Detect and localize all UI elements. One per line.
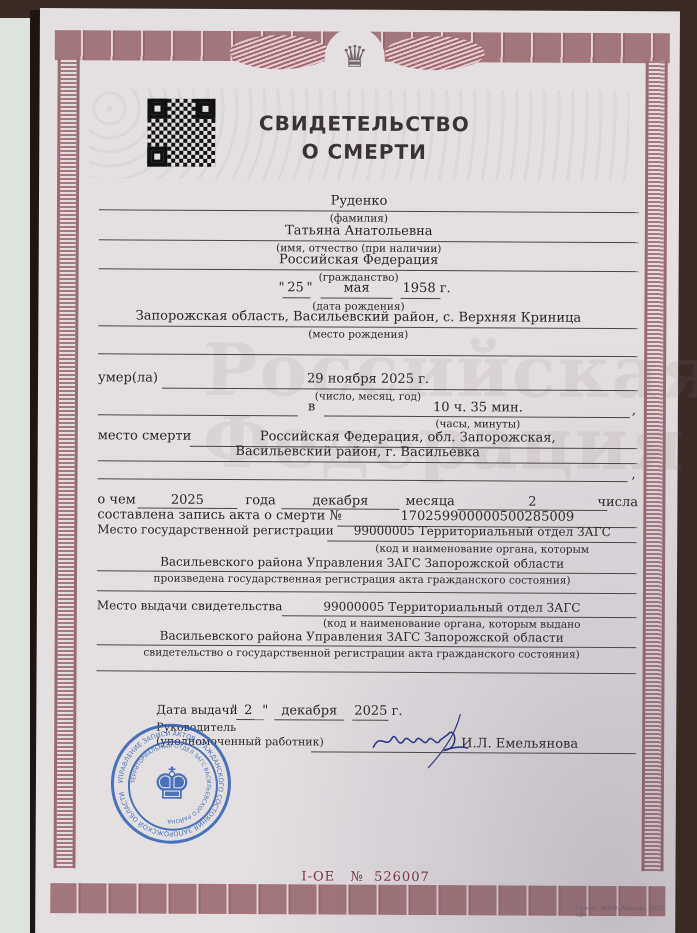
line xyxy=(282,297,310,298)
died-label: умер(ла) xyxy=(98,370,158,385)
coat-of-arms-icon: ♛ xyxy=(325,27,385,85)
head-name: И.Л. Емельянова xyxy=(461,736,578,752)
number: 526007 xyxy=(374,870,430,885)
record-day: 2 xyxy=(457,494,607,510)
document-title: СВИДЕТЕЛЬСТВО О СМЕРТИ xyxy=(244,109,484,166)
issue-caption-2: свидетельство о государственной регистра… xyxy=(97,646,627,661)
name-value: Татьяна Анатольевна xyxy=(99,222,619,240)
official-stamp: УПРАВЛЕНИЕ ЗАПИСИ АКТОВ ГРАЖДАНСКОГО СОС… xyxy=(111,723,232,844)
reg-place-line-2: Васильевского района Управления ЗАГС Зап… xyxy=(97,554,627,571)
surname-value: Руденко xyxy=(99,192,619,210)
ribbon-left xyxy=(230,35,330,70)
citizenship-value: Российская Федерация xyxy=(99,251,619,269)
day-label: числа xyxy=(597,495,638,510)
record-month: декабря xyxy=(281,493,399,509)
birth-month: мая xyxy=(320,280,392,295)
issue-day: 2 xyxy=(236,703,260,718)
death-place-label: место смерти xyxy=(98,428,192,443)
reg-caption-1: (код и наименование органа, которым xyxy=(327,543,637,557)
birth-place-value: Запорожская область, Васильевский район,… xyxy=(98,308,618,326)
ribbon-right xyxy=(385,36,485,71)
comma: , xyxy=(632,403,636,418)
double-headed-eagle-icon: ♚ xyxy=(147,755,197,815)
qr-code-icon[interactable] xyxy=(147,99,215,167)
issue-place-line-2: Васильевского района Управления ЗАГС Зап… xyxy=(97,628,627,645)
frame-left xyxy=(53,58,79,868)
death-place-line-2: Васильевский район, г. Васильевка xyxy=(98,443,618,461)
title-line-1: СВИДЕТЕЛЬСТВО xyxy=(244,109,484,138)
line xyxy=(274,719,344,720)
at-label: в xyxy=(308,399,315,414)
serial-number: I-OE № 526007 xyxy=(301,869,429,885)
comma: , xyxy=(632,467,636,482)
title-line-2: О СМЕРТИ xyxy=(244,137,484,166)
adjacent-sheet xyxy=(0,18,30,933)
line xyxy=(320,297,392,298)
reg-place-label: Место государственной регистрации xyxy=(97,522,334,537)
issue-place-label: Место выдачи свидетельства xyxy=(97,598,283,613)
year-label: года xyxy=(245,493,275,508)
about-label: о чем xyxy=(97,492,135,507)
month-label: месяца xyxy=(405,494,454,509)
reg-place-line-1: 99000005 Территориальный отдел ЗАГС xyxy=(327,524,637,540)
record-label: составлена запись акта о смерти № xyxy=(97,507,341,523)
quote-close: " xyxy=(306,280,312,295)
birth-place-caption: (место рождения) xyxy=(98,327,618,342)
series: I-OE xyxy=(301,869,335,884)
issue-place-line-1: 99000005 Территориальный отдел ЗАГС xyxy=(282,599,622,615)
line xyxy=(97,590,637,594)
quote-close: " xyxy=(262,703,268,718)
reg-caption-2: произведена государственная регистрация … xyxy=(97,572,627,587)
birth-day: 25 xyxy=(284,280,306,295)
issue-month: декабря xyxy=(274,703,344,718)
death-time-value: 10 ч. 35 мин. xyxy=(328,400,628,417)
birth-year: 1958 г. xyxy=(402,281,450,296)
frame-bottom xyxy=(50,883,665,916)
death-certificate: ♛ Российская Федерация СВИДЕТЕЛЬСТВО О С… xyxy=(35,8,680,933)
record-number: 170259900000500285009 xyxy=(337,509,637,526)
number-sign: № xyxy=(351,870,364,885)
line xyxy=(236,719,264,720)
line xyxy=(400,298,440,299)
record-year: 2025 xyxy=(137,493,237,509)
signature xyxy=(368,710,478,771)
death-date-value: 29 ноября 2025 г. xyxy=(168,371,568,388)
line xyxy=(98,414,298,416)
printer-imprint: Гознак, МПФ, Москва, 2025, «В» xyxy=(575,905,675,920)
issue-date-label: Дата выдачи xyxy=(156,703,237,717)
line xyxy=(97,670,637,674)
